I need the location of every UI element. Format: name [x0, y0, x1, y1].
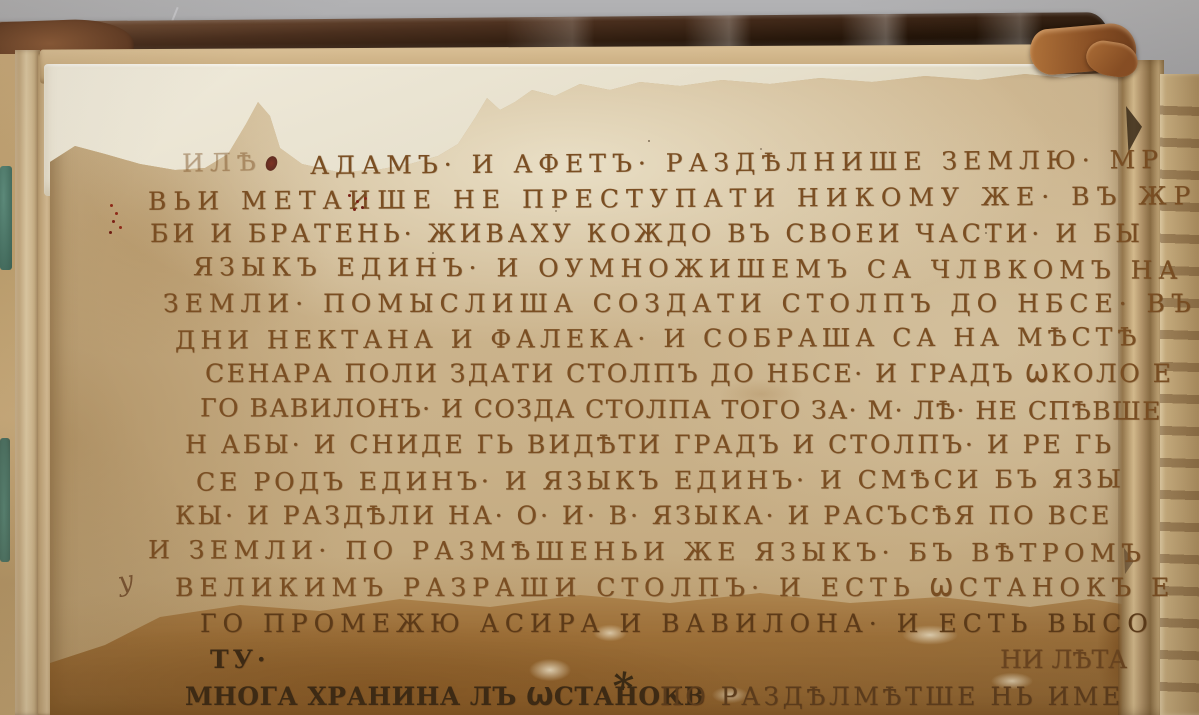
facing-page-edge — [1160, 74, 1199, 715]
text-line-6: дни нектана и фалека· и собраша са на мѣ… — [175, 322, 1141, 354]
text-line-15-right: ни лѣта — [1000, 645, 1127, 674]
marbled-endpaper-fragment-1 — [0, 166, 12, 270]
ink-specks — [648, 140, 650, 142]
page-edge-strip-middle — [15, 50, 40, 715]
text-line-3: би и братень· живаху кождо въ своеи част… — [150, 219, 1144, 248]
text-line-5: земли· помыслиша создати столпъ до нбсе·… — [163, 289, 1197, 318]
text-line-15: ту· — [210, 645, 270, 674]
text-line-13: великимъ разраши столпъ· и есть ѡстанокъ… — [175, 573, 1175, 602]
text-line-16-right: по раздѣлмѣтше нь име — [660, 682, 1124, 711]
marbled-endpaper-fragment-2 — [0, 438, 10, 562]
red-ink-specks-1 — [348, 194, 351, 197]
text-line-7: сенара поли здати столпъ до нбсе· и град… — [205, 359, 1173, 388]
text-line-4: языкъ единъ· и оумножишемъ са члвкомъ на — [193, 252, 1183, 284]
text-line-1-faint: илѣ — [182, 147, 262, 177]
text-line-14: го промежю асира и вавилона· и есть высо — [200, 609, 1154, 638]
manuscript-photo: илѣ адамъ· и афетъ· раздѣлнише землю· мр… — [0, 0, 1199, 715]
red-ink-specks-2 — [110, 204, 113, 207]
text-line-9: н абы· и сниде гь видѣти градъ и столпъ·… — [185, 430, 1114, 459]
text-line-2: вьи метаише не преступати никому же· въ … — [148, 181, 1197, 215]
text-line-10: се родъ единъ· и языкъ единъ· и смѣси бъ… — [196, 464, 1125, 496]
text-line-12: и земли· по размѣшеньи же языкъ· бъ вѣтр… — [148, 535, 1147, 567]
text-line-11: кы· и раздѣли на· о· и· в· языка· и расъ… — [175, 501, 1112, 530]
text-line-1: адамъ· и афетъ· раздѣлнише землю· мр — [310, 145, 1164, 180]
text-line-8: го вавилонъ· и созда столпа того за· м· … — [200, 393, 1162, 425]
